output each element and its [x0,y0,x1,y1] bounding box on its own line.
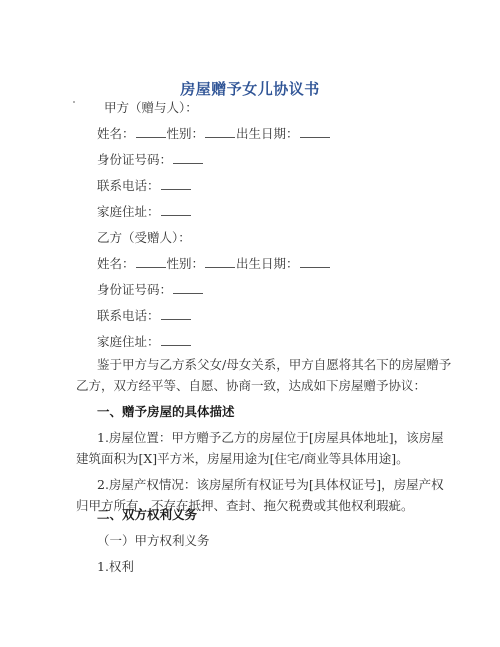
section-2-sub-1-item-1: 1.权利 [97,559,134,575]
party-b-address-label: 家庭住址： [97,334,160,349]
party-b-name-row: 姓名：性别：出生日期： [97,256,331,272]
party-b-phone-label: 联系电话： [97,308,160,323]
section-2-heading: 二、双方权利义务 [97,507,197,523]
bullet-dot [73,101,75,103]
party-b-name-field[interactable] [136,257,166,268]
party-b-phone-row: 联系电话： [97,308,192,324]
preamble-line-1: 鉴于甲方与乙方系父女/母女关系，甲方自愿将其名下的房屋赠予 [97,357,451,373]
party-a-name-row: 姓名：性别：出生日期： [97,126,331,142]
party-b-address-row: 家庭住址： [97,334,192,350]
party-a-phone-label: 联系电话： [97,178,160,193]
party-a-phone-row: 联系电话： [97,178,192,194]
document-page: 房屋赠予女儿协议书 甲方（赠与人）： 姓名：性别：出生日期： 身份证号码： 联系… [0,0,500,647]
party-b-gender-label: 性别： [167,256,205,271]
party-a-heading: 甲方（赠与人）： [104,100,198,116]
party-a-phone-field[interactable] [161,179,191,190]
party-a-id-field[interactable] [173,153,203,164]
party-a-gender-field[interactable] [205,127,235,138]
document-title: 房屋赠予女儿协议书 [0,78,500,99]
party-b-birth-label: 出生日期： [236,256,299,271]
party-b-birth-field[interactable] [300,257,330,268]
party-a-birth-field[interactable] [300,127,330,138]
party-b-id-field[interactable] [173,283,203,294]
party-a-birth-label: 出生日期： [236,126,299,141]
party-b-name-label: 姓名： [97,256,135,271]
party-b-heading: 乙方（受赠人）： [97,230,191,246]
preamble-line-2: 乙方，双方经平等、自愿、协商一致，达成如下房屋赠予协议： [76,378,426,394]
party-b-address-field[interactable] [161,335,191,346]
party-a-address-label: 家庭住址： [97,204,160,219]
party-a-address-field[interactable] [161,205,191,216]
section-1-item-2-line-1: 2.房屋产权情况：该房屋所有权证号为[具体权证号]，房屋产权 [97,477,444,493]
party-b-phone-field[interactable] [161,309,191,320]
section-1-item-1-line-2: 建筑面积为[X]平方米，房屋用途为[住宅/商业等具体用途]。 [76,451,409,467]
party-b-gender-field[interactable] [205,257,235,268]
party-a-gender-label: 性别： [167,126,205,141]
party-a-name-field[interactable] [136,127,166,138]
section-1-heading: 一、赠予房屋的具体描述 [97,404,235,420]
party-b-id-label: 身份证号码： [97,282,172,297]
party-a-name-label: 姓名： [97,126,135,141]
section-2-sub-1: （一）甲方权利义务 [97,533,210,549]
party-a-id-row: 身份证号码： [97,152,204,168]
party-a-address-row: 家庭住址： [97,204,192,220]
party-a-id-label: 身份证号码： [97,152,172,167]
party-b-id-row: 身份证号码： [97,282,204,298]
section-1-item-1-line-1: 1.房屋位置：甲方赠予乙方的房屋位于[房屋具体地址]，该房屋 [97,430,444,446]
